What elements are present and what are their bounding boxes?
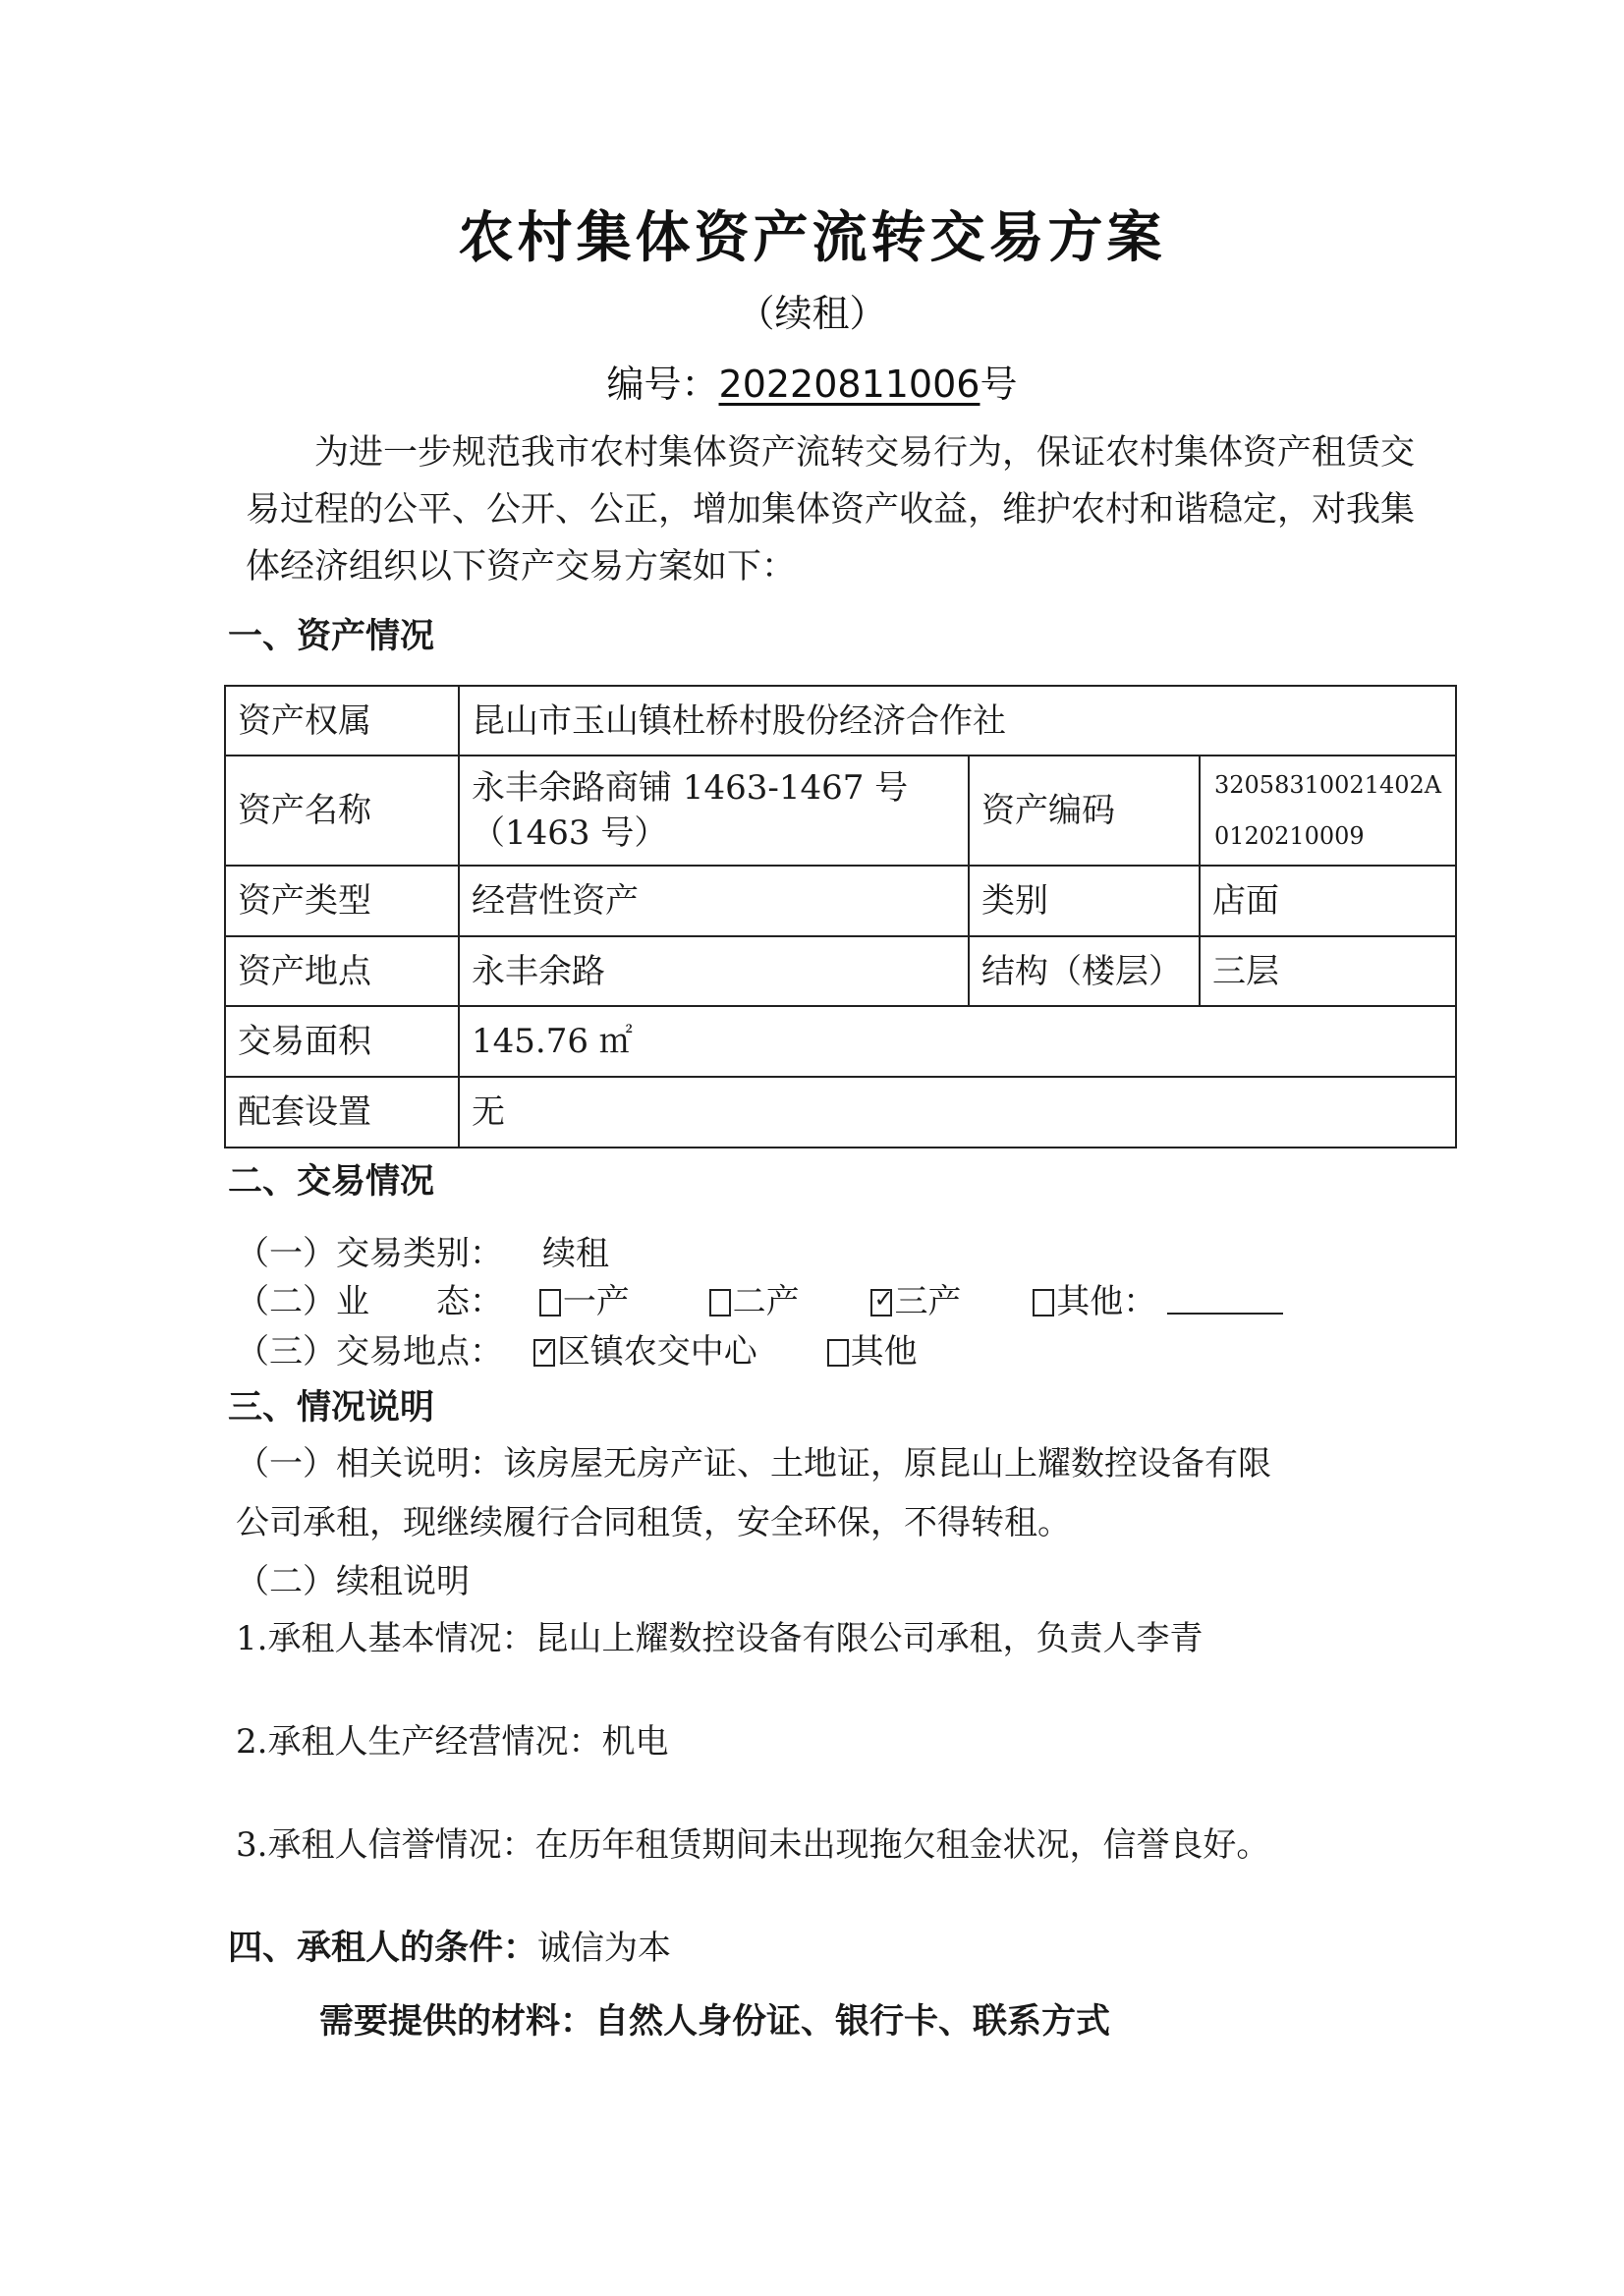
doc-number-label: 编号： xyxy=(607,363,719,406)
document-title: 农村集体资产流转交易方案 xyxy=(0,195,1624,273)
location-value: 永丰余路 xyxy=(459,936,969,1006)
other-blank-field[interactable] xyxy=(1167,1283,1283,1315)
table-row-area: 交易面积 145.76 ㎡ xyxy=(225,1006,1456,1077)
industry-option-tertiary[interactable]: 三产 xyxy=(870,1282,961,1321)
section1-heading: 一、资产情况 xyxy=(228,609,434,658)
doc-number-suffix: 号 xyxy=(980,363,1017,406)
category-value: 店面 xyxy=(1200,866,1456,936)
table-row-location: 资产地点 永丰余路 结构（楼层） 三层 xyxy=(225,936,1456,1006)
name-label: 资产名称 xyxy=(225,756,459,866)
industry-option-secondary[interactable]: 二产 xyxy=(709,1282,800,1321)
facilities-value: 无 xyxy=(459,1077,1456,1148)
related-line2: 公司承租，现继续履行合同租赁，安全环保，不得转租。 xyxy=(236,1495,1071,1543)
industry-option-primary[interactable]: 一产 xyxy=(539,1282,630,1321)
checkbox-unchecked-icon[interactable] xyxy=(827,1339,849,1367)
type-label: 资产类型 xyxy=(225,866,459,936)
materials-value: 自然人身份证、银行卡、联系方式 xyxy=(594,2002,1110,2042)
table-row-ownership: 资产权属 昆山市玉山镇杜桥村股份经济合作社 xyxy=(225,686,1456,756)
related-line1: （一）相关说明：该房屋无房产证、土地证，原昆山上耀数控设备有限 xyxy=(236,1436,1271,1484)
section4-heading-row: 四、承租人的条件：诚信为本 xyxy=(228,1921,671,1970)
lessee-credit-info: 3.承租人信誉情况：在历年租赁期间未出现拖欠租金状况，信誉良好。 xyxy=(236,1818,1269,1866)
structure-value: 三层 xyxy=(1200,936,1456,1006)
ownership-label: 资产权属 xyxy=(225,686,459,756)
checkbox-checked-icon[interactable] xyxy=(533,1339,555,1367)
section3-heading: 三、情况说明 xyxy=(228,1380,434,1429)
venue-label: （三）交易地点： xyxy=(236,1332,503,1372)
name-value-line1: 永丰余路商铺 1463-1467 号 xyxy=(472,765,956,811)
name-value: 永丰余路商铺 1463-1467 号 （1463 号） xyxy=(459,756,969,866)
code-value-line1: 32058310021402A xyxy=(1214,759,1443,811)
ownership-value: 昆山市玉山镇杜桥村股份经济合作社 xyxy=(459,686,1456,756)
checkbox-unchecked-icon[interactable] xyxy=(539,1289,561,1316)
section4-heading-value: 诚信为本 xyxy=(537,1929,671,1968)
code-value-line2: 0120210009 xyxy=(1214,811,1443,862)
venue-row: （三）交易地点： 区镇农交中心 其他 xyxy=(236,1324,918,1372)
materials-label: 需要提供的材料： xyxy=(319,2002,594,2042)
location-label: 资产地点 xyxy=(225,936,459,1006)
renewal-heading: （二）续租说明 xyxy=(236,1554,470,1602)
table-row-facilities: 配套设置 无 xyxy=(225,1077,1456,1148)
area-label: 交易面积 xyxy=(225,1006,459,1077)
category-label: 类别 xyxy=(969,866,1200,936)
table-row-type: 资产类型 经营性资产 类别 店面 xyxy=(225,866,1456,936)
trade-type-label: （一）交易类别： xyxy=(236,1234,503,1273)
industry-option-other[interactable]: 其他： xyxy=(1033,1282,1156,1321)
asset-table: 资产权属 昆山市玉山镇杜桥村股份经济合作社 资产名称 永丰余路商铺 1463-1… xyxy=(224,685,1457,1148)
checkbox-unchecked-icon[interactable] xyxy=(709,1289,731,1316)
code-value: 32058310021402A 0120210009 xyxy=(1200,756,1456,866)
name-value-line2: （1463 号） xyxy=(472,811,956,856)
industry-row: （二）业 态： 一产 二产 三产 其他： xyxy=(236,1274,1283,1322)
area-value: 145.76 ㎡ xyxy=(459,1006,1456,1077)
code-label: 资产编码 xyxy=(969,756,1200,866)
document-number: 编号：20220811006号 xyxy=(0,354,1624,408)
lessee-business-info: 2.承租人生产经营情况：机电 xyxy=(236,1714,668,1763)
facilities-label: 配套设置 xyxy=(225,1077,459,1148)
doc-number-value: 20220811006 xyxy=(719,363,980,406)
section4-heading: 四、承租人的条件： xyxy=(228,1929,537,1968)
trade-type-row: （一）交易类别：续租 xyxy=(236,1226,609,1274)
venue-option-town-center[interactable]: 区镇农交中心 xyxy=(533,1332,757,1372)
section2-heading: 二、交易情况 xyxy=(228,1154,434,1204)
trade-type-value: 续租 xyxy=(542,1234,609,1273)
materials-row: 需要提供的材料：自然人身份证、银行卡、联系方式 xyxy=(319,1994,1110,2044)
checkbox-unchecked-icon[interactable] xyxy=(1033,1289,1054,1316)
industry-label: （二）业 态： xyxy=(236,1282,503,1321)
intro-paragraph: 为进一步规范我市农村集体资产流转交易行为，保证农村集体资产租赁交易过程的公平、公… xyxy=(246,424,1425,595)
document-subtitle: （续租） xyxy=(0,283,1624,337)
table-row-name: 资产名称 永丰余路商铺 1463-1467 号 （1463 号） 资产编码 32… xyxy=(225,756,1456,866)
lessee-basic-info: 1.承租人基本情况：昆山上耀数控设备有限公司承租，负责人李青 xyxy=(236,1611,1203,1659)
type-value: 经营性资产 xyxy=(459,866,969,936)
venue-option-other[interactable]: 其他 xyxy=(827,1332,918,1372)
checkbox-checked-icon[interactable] xyxy=(870,1289,892,1316)
structure-label: 结构（楼层） xyxy=(969,936,1200,1006)
